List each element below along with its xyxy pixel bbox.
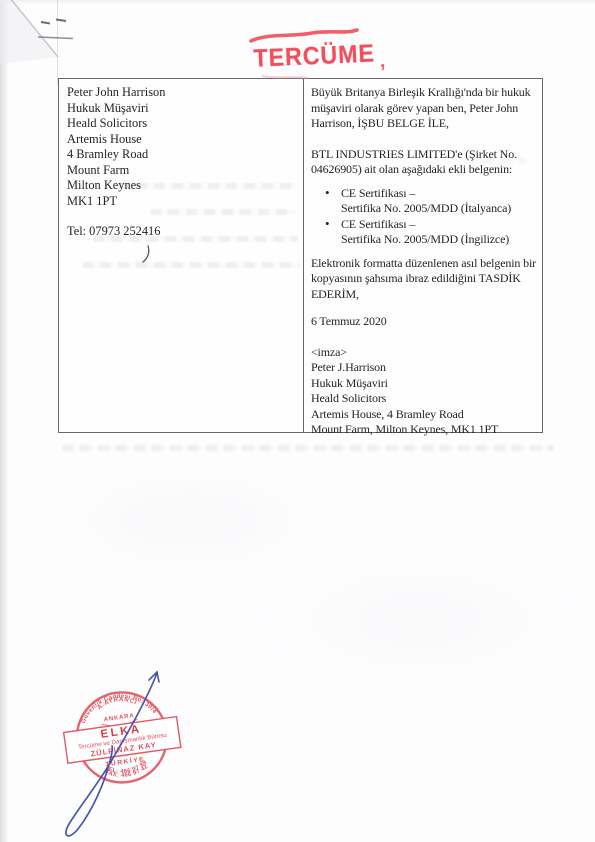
text-line: Büyük Britanya Birleşik Krallığı'nda bir… [311, 85, 536, 101]
text-line: Milton Keynes [67, 178, 295, 194]
ghost-bleed-through [62, 445, 554, 451]
text-line: 4 Bramley Road [67, 147, 295, 163]
certificate-list: • CE Sertifikası – Sertifika No. 2005/MD… [311, 186, 536, 248]
phone-line: Tel: 07973 252416 [67, 224, 295, 240]
text-line: Mount Farm [67, 163, 295, 179]
text-line: Sertifika No. 2005/MDD (İngilizce) [341, 232, 536, 248]
text-line: Heald Solicitors [67, 116, 295, 132]
text-line: Mount Farm, Milton Keynes, MK1 1PT [311, 422, 536, 438]
text-line: Peter John Harrison [67, 85, 295, 101]
tercume-stamp-text: TERCÜME [253, 39, 376, 73]
scanned-document-page: TERCÜME, Peter John Harrison Hukuk Müşav… [0, 0, 595, 842]
certification-cell: Büyük Britanya Birleşik Krallığı'nda bir… [304, 79, 542, 432]
certification-intro: Büyük Britanya Birleşik Krallığı'nda bir… [311, 85, 536, 132]
text-line: Artemis House, 4 Bramley Road [311, 407, 536, 423]
staple-mark [41, 22, 50, 24]
text-line: Elektronik formatta düzenlenen asıl belg… [311, 256, 536, 272]
text-line: Peter J.Harrison [311, 360, 536, 376]
scan-edge-shadow-top [0, 0, 595, 4]
company-paragraph: BTL INDUSTRIES LIMITED'e (Şirket No. 046… [311, 147, 536, 178]
text-line: Heald Solicitors [311, 391, 536, 407]
staple-mark [56, 20, 66, 22]
scan-edge-shadow [0, 0, 9, 842]
text-line: Artemis House [67, 132, 295, 148]
attestation-paragraph: Elektronik formatta düzenlenen asıl belg… [311, 256, 536, 303]
text-line: Harrison, İŞBU BELGE İLE, [311, 116, 536, 132]
bullet-item: • CE Sertifikası – Sertifika No. 2005/MD… [311, 186, 536, 217]
text-line: Sertifika No. 2005/MDD (İtalyanca) [341, 201, 536, 217]
signature-placeholder: <imza> [311, 345, 536, 361]
text-line: CE Sertifikası – [341, 186, 536, 202]
text-line: BTL INDUSTRIES LIMITED'e (Şirket No. [311, 147, 536, 163]
document-table: Peter John Harrison Hukuk Müşaviri Heald… [58, 78, 543, 433]
text-line: MK1 1PT [67, 194, 295, 210]
notary-stamp: Güvenlik Caddesi No: 30/4 A.AYRANCI ANKA… [53, 673, 197, 802]
text-line: 04626905) ait olan aşağıdaki ekli belgen… [311, 162, 536, 178]
bullet-dot-icon: • [325, 216, 329, 232]
tercume-stamp-comma: , [379, 50, 386, 73]
address-cell: Peter John Harrison Hukuk Müşaviri Heald… [59, 79, 304, 432]
tercume-stamp: TERCÜME, [248, 39, 386, 79]
staple-mark [38, 37, 73, 39]
stamp-city: ANKARA [104, 713, 135, 723]
text-line: EDERİM, [311, 287, 536, 303]
bullet-item: • CE Sertifikası – Sertifika No. 2005/MD… [311, 217, 536, 248]
text-line: kopyasının şahsıma ibraz edildiğini TASD… [311, 271, 536, 287]
text-line: CE Sertifikası – [341, 217, 536, 233]
fold-crease-line [10, 0, 58, 57]
text-line: Hukuk Müşaviri [311, 376, 536, 392]
date-line: 6 Temmuz 2020 [311, 314, 536, 330]
text-line: Hukuk Müşaviri [67, 101, 295, 117]
bullet-dot-icon: • [325, 185, 329, 201]
stamp-squiggle-top [251, 30, 357, 41]
text-line: müşaviri olarak görev yapan ben, Peter J… [311, 101, 536, 117]
signature-block: <imza> Peter J.Harrison Hukuk Müşaviri H… [311, 345, 536, 438]
